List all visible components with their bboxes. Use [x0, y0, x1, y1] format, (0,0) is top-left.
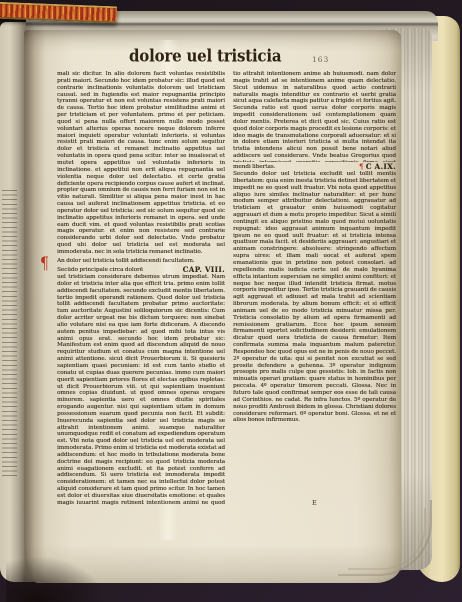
body-text: tio attrahit intentionem anime ab huiusm… [233, 71, 396, 162]
body-text: Secundo dolor uel tristicia excludit uel… [233, 171, 396, 502]
body-text: uel tristiciam considerare debemus utrum… [57, 274, 225, 507]
chapter-heading-cap-viii: CAP. VIII. [183, 267, 225, 274]
rubricated-pilcrow-icon: ¶ [40, 256, 49, 273]
body-text: mali sic dicitur. In alio dolorem facit … [57, 71, 225, 258]
question-line: An dolor uel tristicia tollit addiscendi… [57, 258, 225, 265]
signature-mark: E [312, 499, 317, 507]
book-photo: dolore uel tristicia 163 ¶ mali sic dici… [0, 0, 462, 602]
chapter-heading-line: mendi libertas. ¶ C A.IX. [233, 162, 396, 171]
chapter-heading-line: Secūdo principale circa dolorē CAP. VIII… [57, 265, 225, 274]
running-header: dolore uel tristicia [129, 46, 281, 66]
gutter-shadow [10, 22, 46, 582]
folio-number: 163 [312, 55, 329, 64]
bottom-gutter-shadow [6, 556, 106, 602]
chapter-heading-ca-ix: C A.IX. [366, 164, 396, 171]
text-column-right: tio attrahit intentionem anime ab huiusm… [233, 71, 396, 502]
chapter-lead-text: mendi libertas. [233, 164, 275, 171]
text-column-left: ¶ mali sic dicitur. In alio dolorem faci… [57, 71, 225, 507]
chapter-lead-text: Secūdo principale circa dolorē [57, 267, 143, 274]
bookmark-ribbon [0, 2, 117, 24]
rubricated-pilcrow-icon: ¶ [359, 164, 364, 171]
